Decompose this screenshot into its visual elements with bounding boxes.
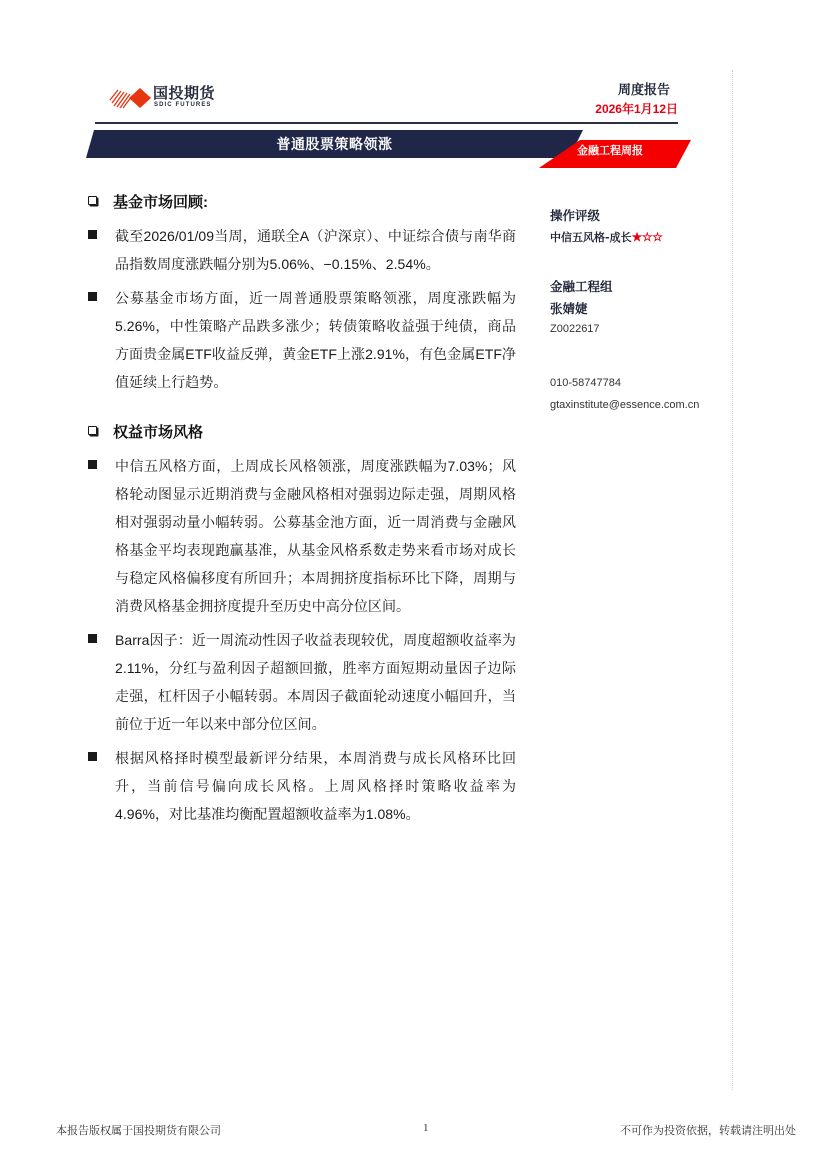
copyright-notice: 本报告版权属于国投期货有限公司 (56, 1122, 221, 1138)
page-number: 1 (423, 1122, 429, 1134)
sidebar: 操作评级 中信五风格-成长★☆☆ 金融工程组 张婧婕 Z0022617 010-… (550, 205, 730, 416)
company-logo: 国投期货 SDIC FUTURES (108, 86, 228, 110)
section-equity-style: 权益市场风格 中信五风格方面，上周成长风格领涨，周度涨跌幅为7.03%；风格轮动… (88, 418, 516, 828)
sdic-logo-icon (108, 86, 152, 110)
bullet-text: 中信五风格方面，上周成长风格领涨，周度涨跌幅为7.03%；风格轮动图显示近期消费… (115, 452, 516, 620)
email-link[interactable]: gtaxinstitute@essence.com.cn (550, 394, 730, 416)
vertical-divider (732, 70, 733, 1090)
bullet-text: 截至2026/01/09当周，通联全A（沪深京）、中证综合债与南华商品指数周度涨… (115, 222, 516, 278)
square-bullet-icon (88, 292, 97, 301)
star-rating-icon: ★☆☆ (632, 230, 663, 244)
list-item: 中信五风格方面，上周成长风格领涨，周度涨跌幅为7.03%；风格轮动图显示近期消费… (88, 452, 516, 620)
page-footer: 本报告版权属于国投期货有限公司 1 不可作为投资依据，转载请注明出处 (56, 1122, 796, 1138)
rating-label: 操作评级 (550, 205, 730, 227)
square-bullet-icon (88, 230, 97, 239)
report-type: 周度报告 (618, 79, 670, 98)
spacer (550, 338, 730, 372)
rating-item: 中信五风格-成长 (550, 231, 632, 244)
list-item: 截至2026/01/09当周，通联全A（沪深京）、中证综合债与南华商品指数周度涨… (88, 222, 516, 278)
title-banner: 普通股票策略领涨 (86, 130, 583, 158)
report-title: 普通股票策略领涨 (86, 130, 583, 158)
section-heading: 权益市场风格 (88, 418, 516, 444)
logo-text-cn: 国投期货 (153, 86, 215, 102)
list-item: Barra因子：近一周流动性因子收益表现较优，周度超额收益率为2.11%，分红与… (88, 626, 516, 738)
main-content: 基金市场回顾: 截至2026/01/09当周，通联全A（沪深京）、中证综合债与南… (88, 188, 516, 834)
series-tag-label: 金融工程周报 (577, 140, 643, 162)
report-date: 2026年1月12日 (595, 100, 678, 117)
section-title: 权益市场风格 (113, 421, 203, 442)
analyst-name: 张婧婕 (550, 298, 730, 320)
disclaimer: 不可作为投资依据，转载请注明出处 (620, 1122, 796, 1138)
checkbox-outline-icon (88, 426, 97, 435)
group-name: 金融工程组 (550, 276, 730, 298)
bullet-text: Barra因子：近一周流动性因子收益表现较优，周度超额收益率为2.11%，分红与… (115, 626, 516, 738)
phone-number: 010-58747784 (550, 372, 730, 394)
rating-row: 中信五风格-成长★☆☆ (550, 227, 730, 248)
header-divider (95, 122, 678, 124)
square-bullet-icon (88, 634, 97, 643)
section-heading: 基金市场回顾: (88, 188, 516, 214)
bullet-text: 根据风格择时模型最新评分结果，本周消费与成长风格环比回升，当前信号偏向成长风格。… (115, 744, 516, 828)
square-bullet-icon (88, 752, 97, 761)
logo-text-en: SDIC FUTURES (154, 102, 212, 109)
spacer (550, 248, 730, 276)
bullet-text: 公募基金市场方面，近一周普通股票策略领涨，周度涨跌幅为5.26%，中性策略产品跌… (115, 284, 516, 396)
series-tag-banner: 金融工程周报 (539, 140, 691, 168)
list-item: 根据风格择时模型最新评分结果，本周消费与成长风格环比回升，当前信号偏向成长风格。… (88, 744, 516, 828)
square-bullet-icon (88, 460, 97, 469)
license-id: Z0022617 (550, 320, 730, 338)
list-item: 公募基金市场方面，近一周普通股票策略领涨，周度涨跌幅为5.26%，中性策略产品跌… (88, 284, 516, 396)
checkbox-outline-icon (88, 196, 97, 205)
section-title: 基金市场回顾: (113, 191, 208, 212)
section-fund-market-review: 基金市场回顾: 截至2026/01/09当周，通联全A（沪深京）、中证综合债与南… (88, 188, 516, 396)
